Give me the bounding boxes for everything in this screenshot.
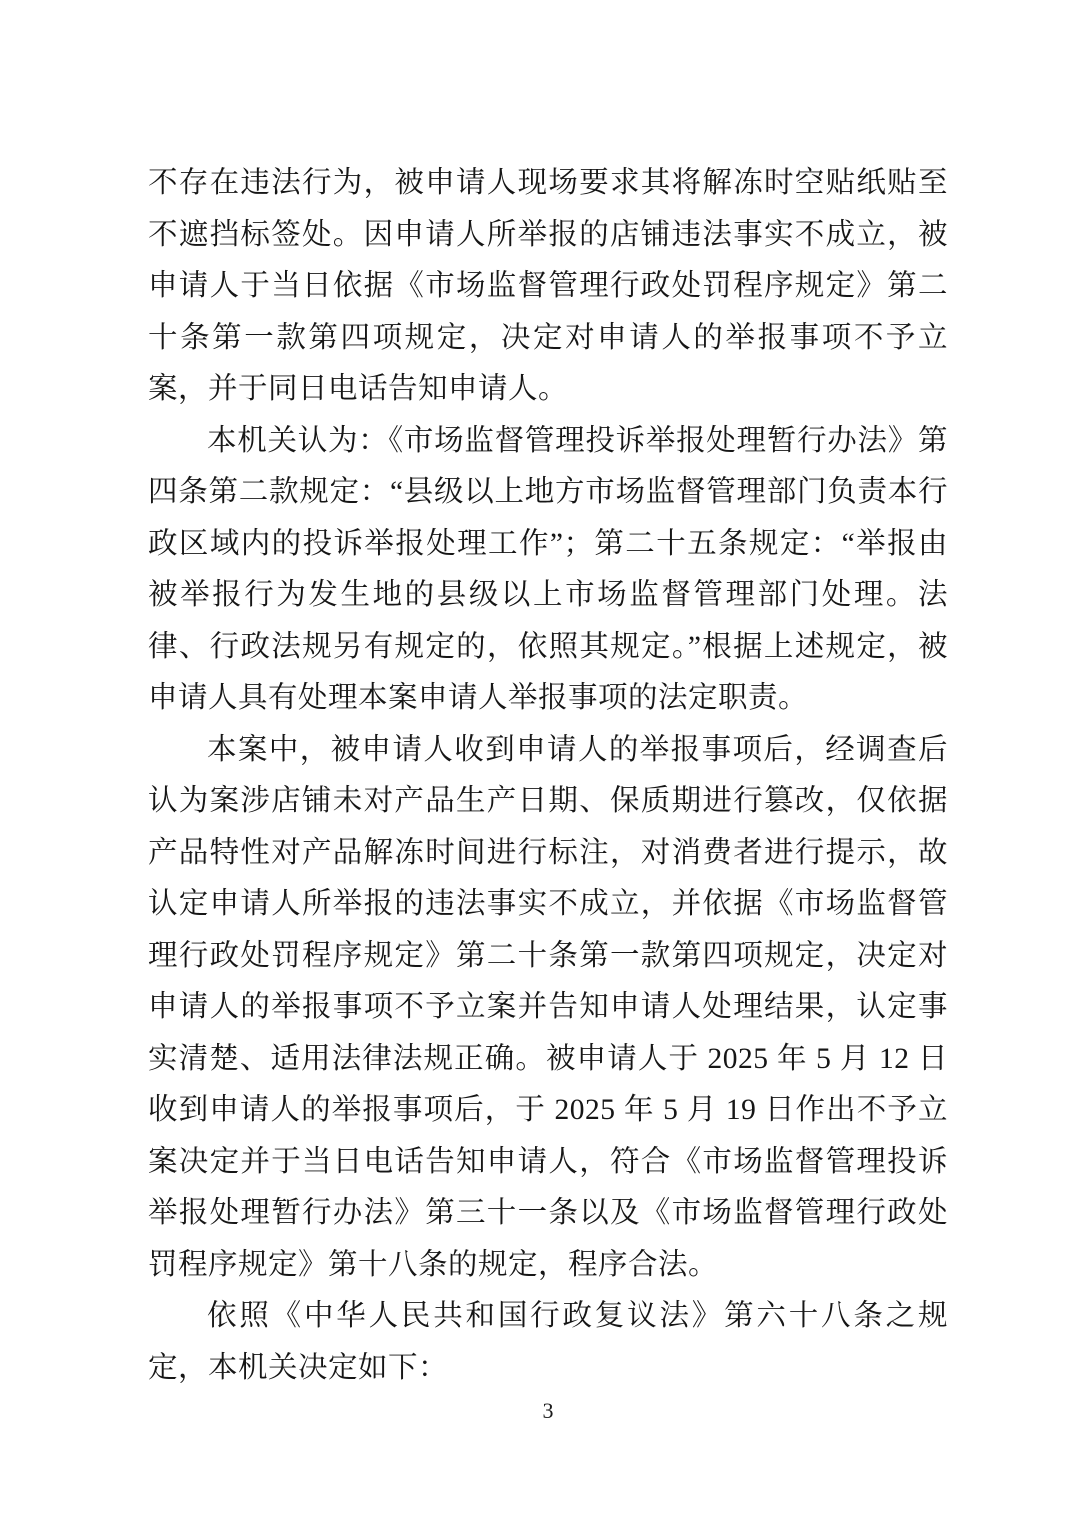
page-number: 3 — [148, 1396, 948, 1426]
paragraph-authority-opinion: 本机关认为：《市场监督管理投诉举报处理暂行办法》第四条第二款规定：“县级以上地方… — [148, 416, 948, 725]
paragraph-case-analysis: 本案中，被申请人收到申请人的举报事项后，经调查后认为案涉店铺未对产品生产日期、保… — [148, 725, 948, 1292]
paragraph-decision-intro: 依照《中华人民共和国行政复议法》第六十八条之规定，本机关决定如下： — [148, 1291, 948, 1394]
document-body: 不存在违法行为，被申请人现场要求其将解冻时空贴纸贴至不遮挡标签处。因申请人所举报… — [148, 158, 948, 1394]
document-page: 不存在违法行为，被申请人现场要求其将解冻时空贴纸贴至不遮挡标签处。因申请人所举报… — [0, 0, 1074, 1520]
paragraph-continuation-prior-page: 不存在违法行为，被申请人现场要求其将解冻时空贴纸贴至不遮挡标签处。因申请人所举报… — [148, 158, 948, 416]
